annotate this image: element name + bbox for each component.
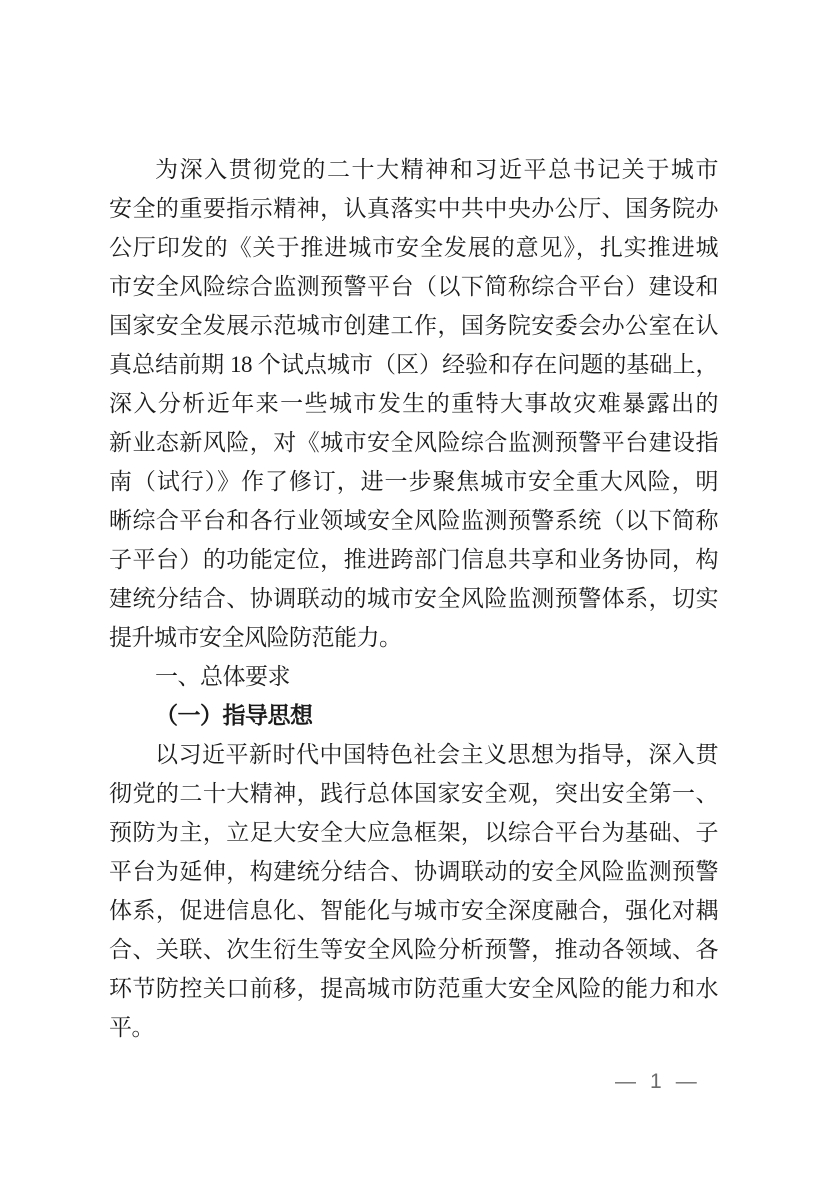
body-text-line: 体系，促进信息化、智能化与城市安全深度融合，强化对耦 — [109, 891, 718, 930]
body-text-line: 晰综合平台和各行业领域安全风险监测预警系统（以下简称 — [109, 501, 718, 540]
body-text-line: 平。 — [109, 1008, 718, 1047]
subsection-heading: （一）指导思想 — [109, 696, 718, 735]
body-text-line: 合、关联、次生衍生等安全风险分析预警，推动各领域、各 — [109, 930, 718, 969]
body-text-line: 环节防控关口前移，提高城市防范重大安全风险的能力和水 — [109, 969, 718, 1008]
body-text-line: 市安全风险综合监测预警平台（以下简称综合平台）建设和 — [109, 267, 718, 306]
page-footer: — 1 — — [615, 1070, 697, 1094]
body-text-line: 彻党的二十大精神，践行总体国家安全观，突出安全第一、 — [109, 774, 718, 813]
body-text-line: 提升城市安全风险防范能力。 — [109, 618, 718, 657]
page-number: 1 — [650, 1070, 662, 1094]
body-text-line: 新业态新风险，对《城市安全风险综合监测预警平台建设指 — [109, 423, 718, 462]
body-text-line: 国家安全发展示范城市创建工作，国务院安委会办公室在认 — [109, 306, 718, 345]
page-number-dash-left: — — [615, 1070, 636, 1094]
body-text-line: 安全的重要指示精神，认真落实中共中央办公厅、国务院办 — [109, 189, 718, 228]
page-number-dash-right: — — [676, 1070, 697, 1094]
body-text-line: 建统分结合、协调联动的城市安全风险监测预警体系，切实 — [109, 579, 718, 618]
scanned-page: 为深入贯彻党的二十大精神和习近平总书记关于城市安全的重要指示精神，认真落实中共中… — [0, 0, 832, 1177]
body-text-line: 平台为延伸，构建统分结合、协调联动的安全风险监测预警 — [109, 852, 718, 891]
section-heading: 一、总体要求 — [109, 657, 718, 696]
body-text-line: 真总结前期 18 个试点城市（区）经验和存在问题的基础上， — [109, 345, 718, 384]
body-text-line: 南（试行）》作了修订，进一步聚焦城市安全重大风险，明 — [109, 462, 718, 501]
body-text-line: 深入分析近年来一些城市发生的重特大事故灾难暴露出的 — [109, 384, 718, 423]
body-text-line: 子平台）的功能定位，推进跨部门信息共享和业务协同，构 — [109, 540, 718, 579]
body-text-line: 预防为主，立足大安全大应急框架，以综合平台为基础、子 — [109, 813, 718, 852]
document-body: 为深入贯彻党的二十大精神和习近平总书记关于城市安全的重要指示精神，认真落实中共中… — [109, 150, 718, 1047]
body-text-line: 以习近平新时代中国特色社会主义思想为指导，深入贯 — [109, 735, 718, 774]
body-text-line: 为深入贯彻党的二十大精神和习近平总书记关于城市 — [109, 150, 718, 189]
body-text-line: 公厅印发的《关于推进城市安全发展的意见》，扎实推进城 — [109, 228, 718, 267]
